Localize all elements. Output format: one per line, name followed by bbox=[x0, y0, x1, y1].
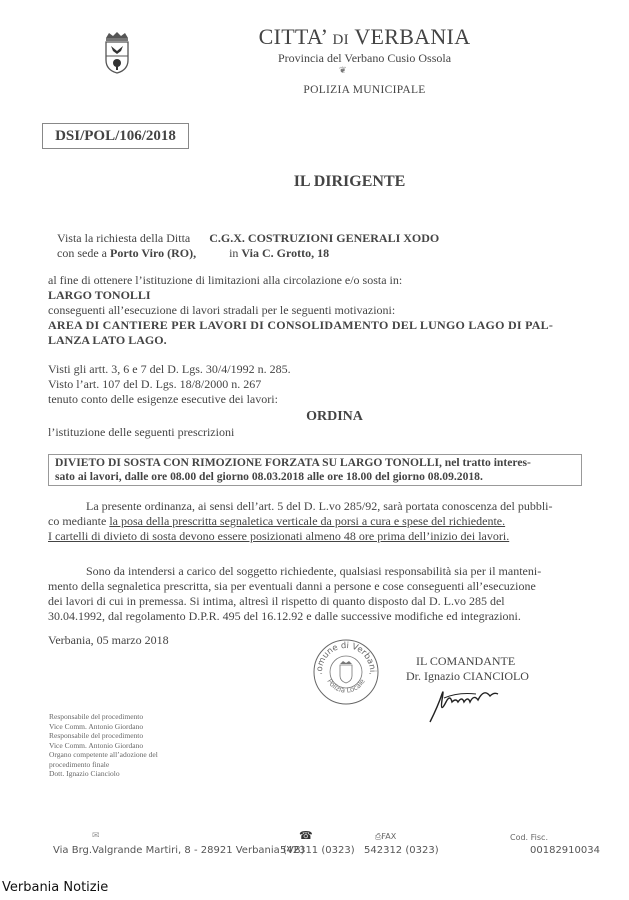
responsibility-paragraph: Sono da intendersi a carico del soggetto… bbox=[48, 564, 600, 624]
footer-phone: 542311 (0323) bbox=[280, 845, 355, 856]
document-heading: IL DIRIGENTE bbox=[0, 173, 629, 191]
company-name: C.G.X. COSTRUZIONI GENERALI XODO bbox=[209, 231, 439, 245]
mail-icon: ✉ bbox=[92, 831, 100, 841]
signatory-block: IL COMANDANTE Dr. Ignazio CIANCIOLO bbox=[406, 654, 529, 684]
svg-text:Polizia Locale: Polizia Locale bbox=[325, 678, 366, 695]
small-emblem-icon: ❦ bbox=[339, 65, 347, 76]
ordina-intro: l’istituzione delle seguenti prescrizion… bbox=[48, 425, 234, 440]
source-watermark: Verbania Notizie bbox=[2, 880, 108, 895]
responsible-list: Responsabile del procedimento Vice Comm.… bbox=[49, 712, 158, 779]
publication-paragraph: La presente ordinanza, ai sensi dell’art… bbox=[48, 499, 600, 544]
prescription-box: DIVIETO DI SOSTA CON RIMOZIONE FORZATA S… bbox=[48, 454, 582, 486]
handwritten-signature bbox=[428, 684, 508, 724]
purpose-location: LARGO TONOLLI bbox=[48, 288, 151, 303]
company-city: Porto Viro (RO), bbox=[110, 246, 196, 260]
department-name: POLIZIA MUNICIPALE bbox=[0, 84, 629, 96]
prescription-line-1: DIVIETO DI SOSTA CON RIMOZIONE FORZATA S… bbox=[55, 456, 575, 470]
svg-text:Comune di Verbania: Comune di Verbania bbox=[312, 638, 377, 673]
date-line: Verbania, 05 marzo 2018 bbox=[48, 633, 169, 648]
reason-line-2: LANZA LATO LAGO. bbox=[48, 333, 167, 348]
purpose-intro: al fine di ottenere l’istituzione di lim… bbox=[48, 273, 402, 288]
legal-ref-2: Visto l’art. 107 del D. Lgs. 18/8/2000 n… bbox=[48, 377, 261, 392]
official-stamp-icon: Comune di Verbania Polizia Locale - - bbox=[312, 638, 380, 706]
province-name: Provincia del Verbano Cusio Ossola bbox=[0, 51, 629, 66]
legal-ref-3: tenuto conto delle esigenze esecutive de… bbox=[48, 392, 278, 407]
ordina-heading: ORDINA bbox=[0, 409, 629, 425]
signatory-title: IL COMANDANTE bbox=[406, 654, 529, 669]
reason-line-1: AREA DI CANTIERE PER LAVORI DI CONSOLIDA… bbox=[48, 318, 553, 333]
legal-ref-1: Visti gli artt. 3, 6 e 7 del D. Lgs. 30/… bbox=[48, 362, 291, 377]
footer-address: Via Brg.Valgrande Martiri, 8 - 28921 Ver… bbox=[53, 845, 304, 856]
company-address: Via C. Grotto, 18 bbox=[241, 246, 329, 260]
tax-code-label: Cod. Fisc. bbox=[510, 833, 548, 842]
city-title: CITTA’ DI VERBANIA bbox=[0, 24, 629, 50]
footer-tax-code: 00182910034 bbox=[530, 845, 600, 856]
signatory-name: Dr. Ignazio CIANCIOLO bbox=[406, 669, 529, 684]
footer-fax: 542312 (0323) bbox=[364, 845, 439, 856]
protocol-number: DSI/POL/106/2018 bbox=[42, 123, 189, 149]
telephone-icon: ☎ bbox=[299, 829, 313, 842]
reason-intro: conseguenti all’esecuzione di lavori str… bbox=[48, 303, 395, 318]
fax-label: ⎙FAX bbox=[375, 832, 396, 842]
request-line-2: con sede a Porto Viro (RO), in Via C. Gr… bbox=[57, 246, 329, 261]
request-line-1: Vista la richiesta della Ditta C.G.X. CO… bbox=[57, 231, 439, 246]
prescription-line-2: sato ai lavori, dalle ore 08.00 del gior… bbox=[55, 470, 575, 484]
